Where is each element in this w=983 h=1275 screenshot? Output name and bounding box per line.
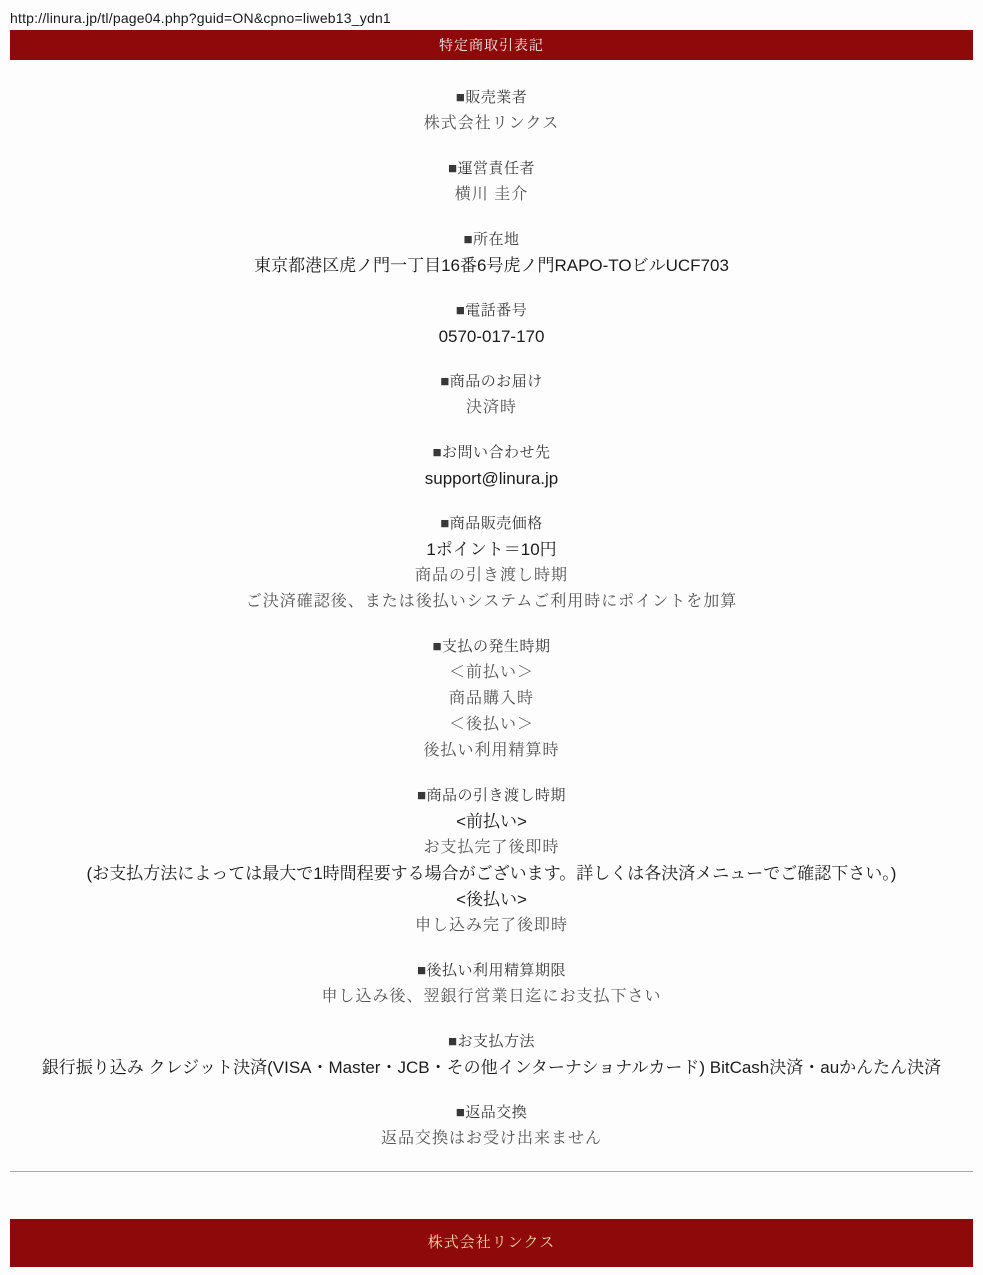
section-value-line: 東京都港区虎ノ門一丁目16番6号虎ノ門RAPO-TOビルUCF703 — [10, 253, 973, 279]
page-title-bar: 特定商取引表記 — [10, 30, 973, 60]
section-heading: ■支払の発生時期 — [10, 634, 973, 660]
section-value-line: support@linura.jp — [10, 466, 973, 492]
section-value-line: 商品の引き渡し時期 — [10, 563, 973, 589]
footer-company-name: 株式会社リンクス — [428, 1234, 556, 1251]
info-section: ■商品のお届け決済時 — [10, 369, 973, 421]
info-section: ■所在地東京都港区虎ノ門一丁目16番6号虎ノ門RAPO-TOビルUCF703 — [10, 227, 973, 279]
section-value-line: ＜前払い＞ — [10, 660, 973, 686]
section-value-line: <後払い> — [10, 887, 973, 913]
section-heading: ■商品販売価格 — [10, 511, 973, 537]
info-section: ■返品交換返品交換はお受け出来ません — [10, 1100, 973, 1152]
section-heading: ■電話番号 — [10, 298, 973, 324]
section-value-line: 申し込み後、翌銀行営業日迄にお支払下さい — [10, 984, 973, 1010]
info-section: ■商品販売価格1ポイント＝10円商品の引き渡し時期ご決済確認後、または後払いシス… — [10, 511, 973, 615]
section-value-line: 後払い利用精算時 — [10, 738, 973, 764]
section-value-line: 商品購入時 — [10, 686, 973, 712]
page-url: http://linura.jp/tl/page04.php?guid=ON&c… — [10, 8, 973, 28]
page: http://linura.jp/tl/page04.php?guid=ON&c… — [0, 0, 983, 1275]
section-heading: ■商品の引き渡し時期 — [10, 783, 973, 809]
section-value-line: ご決済確認後、または後払いシステムご利用時にポイントを加算 — [10, 589, 973, 615]
section-value-line: 株式会社リンクス — [10, 111, 973, 137]
info-section: ■お支払方法銀行振り込み クレジット決済(VISA・Master・JCB・その他… — [10, 1029, 973, 1081]
info-section: ■運営責任者横川 圭介 — [10, 156, 973, 208]
section-value-line: 0570-017-170 — [10, 324, 973, 350]
section-value-line: 返品交換はお受け出来ません — [10, 1126, 973, 1152]
page-title: 特定商取引表記 — [439, 37, 544, 53]
info-section: ■販売業者株式会社リンクス — [10, 85, 973, 137]
section-heading: ■運営責任者 — [10, 156, 973, 182]
legal-notice-content: ■販売業者株式会社リンクス■運営責任者横川 圭介■所在地東京都港区虎ノ門一丁目1… — [10, 60, 973, 1152]
info-section: ■お問い合わせ先support@linura.jp — [10, 440, 973, 492]
section-value-line: 1ポイント＝10円 — [10, 537, 973, 563]
footer-bar: 株式会社リンクス — [10, 1219, 973, 1267]
info-section: ■電話番号0570-017-170 — [10, 298, 973, 350]
section-value-line: (お支払方法によっては最大で1時間程要する場合がございます。詳しくは各決済メニュ… — [10, 861, 973, 887]
section-heading: ■所在地 — [10, 227, 973, 253]
section-heading: ■販売業者 — [10, 85, 973, 111]
info-section: ■後払い利用精算期限申し込み後、翌銀行営業日迄にお支払下さい — [10, 958, 973, 1010]
section-heading: ■後払い利用精算期限 — [10, 958, 973, 984]
info-section: ■支払の発生時期＜前払い＞商品購入時＜後払い＞後払い利用精算時 — [10, 634, 973, 764]
section-heading: ■お問い合わせ先 — [10, 440, 973, 466]
section-value-line: <前払い> — [10, 809, 973, 835]
section-heading: ■返品交換 — [10, 1100, 973, 1126]
section-value-line: 申し込み完了後即時 — [10, 913, 973, 939]
divider — [10, 1171, 973, 1172]
section-value-line: ＜後払い＞ — [10, 712, 973, 738]
section-value-line: 銀行振り込み クレジット決済(VISA・Master・JCB・その他インターナシ… — [10, 1055, 973, 1081]
section-heading: ■お支払方法 — [10, 1029, 973, 1055]
section-value-line: 決済時 — [10, 395, 973, 421]
section-value-line: お支払完了後即時 — [10, 835, 973, 861]
section-value-line: 横川 圭介 — [10, 182, 973, 208]
info-section: ■商品の引き渡し時期<前払い>お支払完了後即時(お支払方法によっては最大で1時間… — [10, 783, 973, 939]
section-heading: ■商品のお届け — [10, 369, 973, 395]
